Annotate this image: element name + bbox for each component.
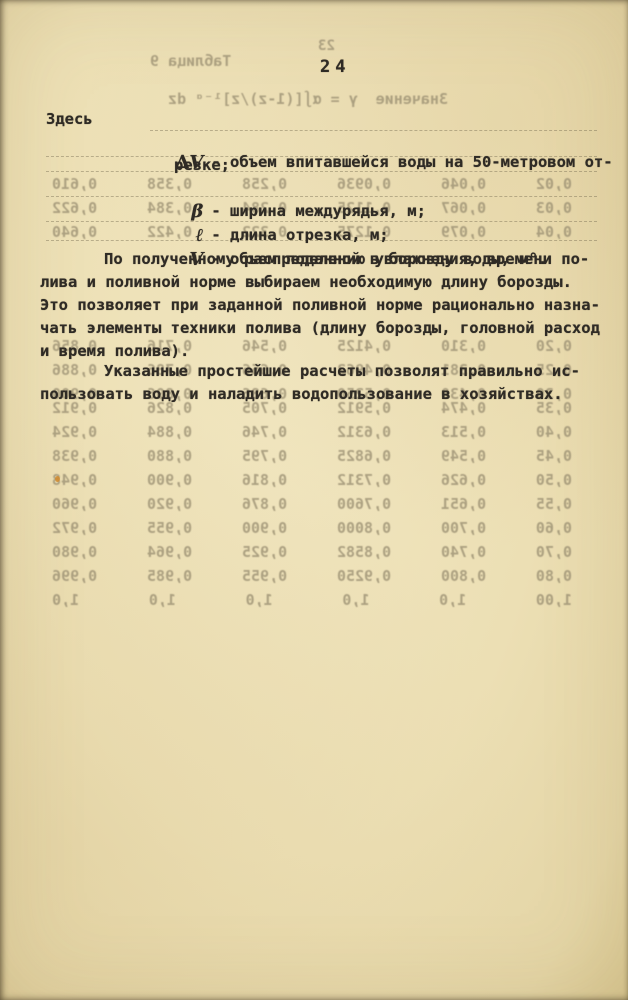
- bleed-table-cell: 0,622: [52, 196, 97, 220]
- bleed-table-cell: 0,920: [147, 492, 192, 516]
- bleed-formula: Значение γ = α∫[(1-z)/z]¹⁻ᵅ dz: [168, 90, 448, 108]
- bleed-table-cell: 0,55: [536, 492, 572, 516]
- bleed-table-cell: 0,955: [242, 564, 287, 588]
- intro-word: Здесь: [46, 108, 93, 131]
- definition-text: - объем впитавшейся воды на 50-метровом …: [203, 153, 612, 171]
- bleed-table-caption: Таблица 9: [150, 52, 231, 70]
- bleed-table-cell: 0,60: [536, 516, 572, 540]
- bleed-table-cell: 0,067: [441, 196, 486, 220]
- bleed-table-cell: 1,0: [246, 588, 273, 612]
- bleed-table-cell: 0,03: [536, 196, 572, 220]
- page-number: 24: [320, 56, 350, 79]
- bleed-table-cell: 0,925: [242, 540, 287, 564]
- paragraph-line: пользовать воду и наладить водопользован…: [40, 383, 600, 406]
- bleed-table-cell: 0,964: [147, 540, 192, 564]
- bleed-table-cell: 0,700: [441, 516, 486, 540]
- paragraph-2: Указанные простейшие расчеты позволят пр…: [40, 360, 600, 406]
- bleed-table-row: 0,700,7400,85820,9250,9640,980: [52, 540, 572, 564]
- paragraph-line: лива и поливной норме выбираем необходим…: [40, 271, 600, 294]
- bleed-table-cell: 0,610: [52, 172, 97, 196]
- bleed-table-cell: 0,6825: [337, 444, 391, 468]
- bleed-table-cell: 0,549: [441, 444, 486, 468]
- paragraph-1: По полученному распределению увлажнения,…: [40, 248, 600, 363]
- bleed-table-cell: 0,45: [536, 444, 572, 468]
- paragraph-line: Это позволяет при заданной поливной норм…: [40, 294, 600, 317]
- bleed-page-number: 23: [318, 38, 335, 54]
- bleed-table-cell: 0,626: [441, 468, 486, 492]
- bleed-table-row: 0,450,5490,68250,7950,8800,938: [52, 444, 572, 468]
- bleed-table-cell: 0,924: [52, 420, 97, 444]
- bleed-table-cell: 1,0: [52, 588, 79, 612]
- ink-speck: [55, 476, 60, 482]
- paragraph-line: По полученному распределению увлажнения,…: [40, 248, 600, 271]
- bleed-table-cell: 0,972: [52, 516, 97, 540]
- bleed-table-row: 0,550,6510,76000,8760,9200,960: [52, 492, 572, 516]
- bleed-table-cell: 0,651: [441, 492, 486, 516]
- bleed-table-cell: 0,70: [536, 540, 572, 564]
- bleed-table-cell: 0,8000: [337, 516, 391, 540]
- bleed-table-cell: 1,0: [342, 588, 369, 612]
- bleed-table-cell: 0,795: [242, 444, 287, 468]
- bleed-table-cell: 0,960: [52, 492, 97, 516]
- bleed-table-cell: 0,50: [536, 468, 572, 492]
- bleed-table-cell: 0,9250: [337, 564, 391, 588]
- bleed-table-cell: 0,985: [147, 564, 192, 588]
- bleed-table-cell: 0,996: [52, 564, 97, 588]
- bleed-table-cell: 0,7312: [337, 468, 391, 492]
- paragraph-line: Указанные простейшие расчеты позволят пр…: [40, 360, 600, 383]
- bleed-table-cell: 0,513: [441, 420, 486, 444]
- bleed-table-cell: 0,740: [441, 540, 486, 564]
- definition-delta-v-cont: резке;: [174, 154, 230, 177]
- bleed-table-row: 0,500,6260,73120,8160,9000,948: [52, 468, 572, 492]
- bleed-table-cell: 0,7600: [337, 492, 391, 516]
- bleed-table-main: 0,350,4740,59120,7050,8260,9120,400,5130…: [52, 396, 572, 612]
- bleed-table-cell: 0,900: [147, 468, 192, 492]
- bleed-table-cell: 0,955: [147, 516, 192, 540]
- scanned-document-page: 23 Таблица 9 Значение γ = α∫[(1-z)/z]¹⁻ᵅ…: [0, 0, 628, 1000]
- bleed-table-cell: 0,6312: [337, 420, 391, 444]
- bleed-table-cell: 1,00: [536, 588, 572, 612]
- bleed-table-cell: 1,0: [439, 588, 466, 612]
- bleed-table-row: 0,800,8000,92500,9550,9850,996: [52, 564, 572, 588]
- bleed-table-cell: 0,746: [242, 420, 287, 444]
- bleed-table-row: 0,600,7000,80000,9000,9550,972: [52, 516, 572, 540]
- bleed-table-cell: 1,0: [149, 588, 176, 612]
- bleed-table-cell: 0,800: [441, 564, 486, 588]
- bleed-table-cell: 0,816: [242, 468, 287, 492]
- bleed-table-row: 1,001,01,01,01,01,0: [52, 588, 572, 612]
- bleed-table-cell: 0,938: [52, 444, 97, 468]
- bleed-table-cell: 0,80: [536, 564, 572, 588]
- bleed-table-cell: 0,8582: [337, 540, 391, 564]
- bleed-table-cell: 0,876: [242, 492, 287, 516]
- bleed-table-cell: 0,900: [242, 516, 287, 540]
- bleed-table-cell: 0,884: [147, 420, 192, 444]
- bleed-table-row: 0,400,5130,63120,7460,8840,924: [52, 420, 572, 444]
- bleed-table-cell: 0,40: [536, 420, 572, 444]
- bleed-table-cell: 0,880: [147, 444, 192, 468]
- paragraph-line: чать элементы техники полива (длину боро…: [40, 317, 600, 340]
- bleed-table-cell: 0,980: [52, 540, 97, 564]
